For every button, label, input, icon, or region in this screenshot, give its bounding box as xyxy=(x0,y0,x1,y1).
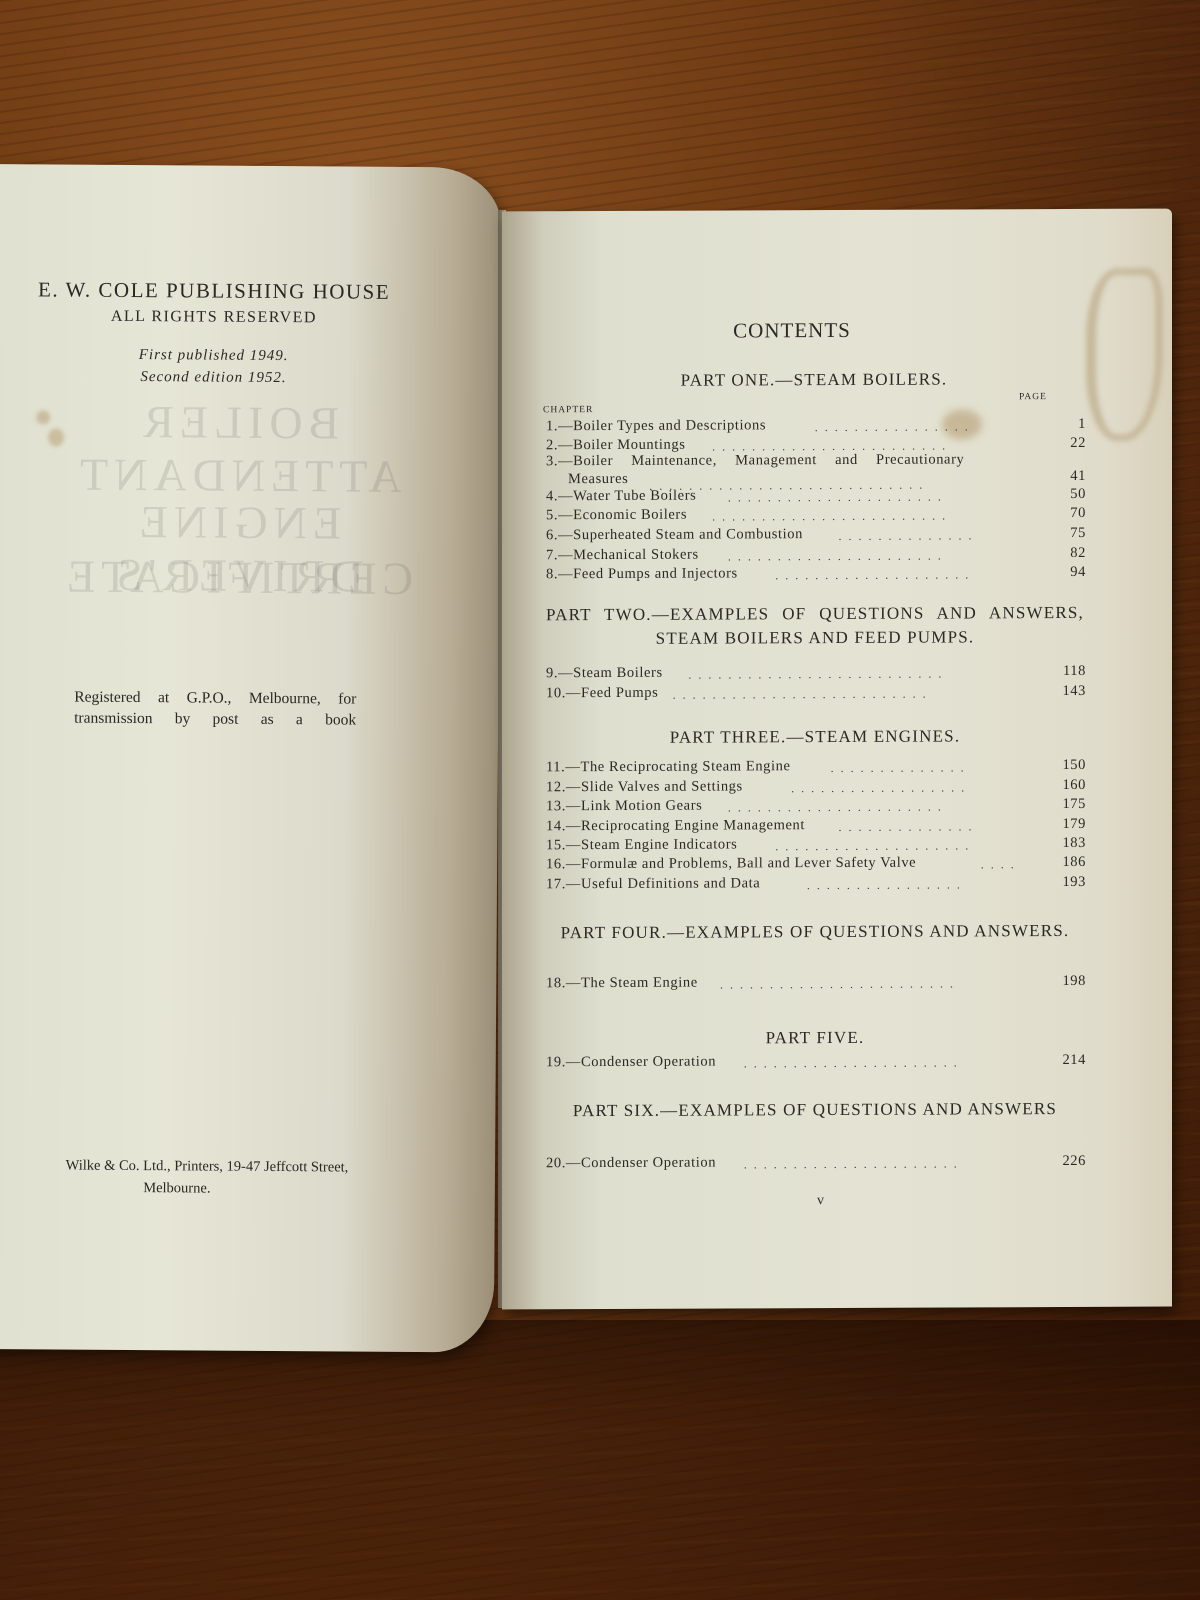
dot-leader: .......................... xyxy=(688,667,948,683)
chapter-title: 19.—Condenser Operation xyxy=(546,1054,716,1072)
toc-entry[interactable]: 8.—Feed Pumps and Injectors.............… xyxy=(546,564,1086,586)
chapter-title: 15.—Steam Engine Indicators xyxy=(546,836,737,854)
chapter-title: 7.—Mechanical Stokers xyxy=(546,547,699,565)
table-shadow xyxy=(0,1320,1200,1600)
part-heading: PART FIVE. xyxy=(546,1025,1084,1051)
page-number: 186 xyxy=(1062,854,1086,871)
chapter-title: 5.—Economic Boilers xyxy=(546,507,687,525)
toc-entry[interactable]: 11.—The Reciprocating Steam Engine......… xyxy=(546,757,1086,779)
contents-title: CONTENTS xyxy=(702,318,882,344)
chapter-title: 9.—Steam Boilers xyxy=(546,665,663,683)
chapter-title: 11.—The Reciprocating Steam Engine xyxy=(546,758,791,776)
dot-leader: ...................... xyxy=(728,800,948,816)
toc-entry[interactable]: 6.—Superheated Steam and Combustion.....… xyxy=(546,525,1086,547)
toc-entry[interactable]: 16.—Formulæ and Problems, Ball and Lever… xyxy=(546,854,1086,876)
toc-entry[interactable]: 5.—Economic Boilers.....................… xyxy=(546,505,1086,527)
toc-entry[interactable]: 9.—Steam Boilers........................… xyxy=(546,663,1086,685)
part-heading: PART FOUR.—EXAMPLES OF QUESTIONS AND ANS… xyxy=(546,919,1084,945)
table-of-contents: CONTENTS CHAPTER PAGE v PART ONE.—STEAM … xyxy=(502,209,1172,1310)
page-number: 75 xyxy=(1070,525,1086,542)
first-published-date: First published 1949. xyxy=(0,346,429,366)
chapter-title: 1.—Boiler Types and Descriptions xyxy=(546,417,766,435)
postal-registration-notice: Registered at G.P.O., Melbourne, for tra… xyxy=(74,687,356,731)
page-number: 160 xyxy=(1062,777,1086,794)
part-heading: PART TWO.—EXAMPLES OF QUESTIONS AND ANSW… xyxy=(546,601,1084,651)
dot-leader: .............. xyxy=(831,760,971,776)
toc-entry[interactable]: 10.—Feed Pumps..........................… xyxy=(546,683,1086,705)
second-edition-date: Second edition 1952. xyxy=(0,368,429,388)
dot-leader: ...................... xyxy=(744,1156,964,1172)
chapter-title: 10.—Feed Pumps xyxy=(546,685,658,702)
toc-entry[interactable]: 17.—Useful Definitions and Data.........… xyxy=(546,874,1086,896)
dot-leader: ........................ xyxy=(720,976,960,992)
page-number: 214 xyxy=(1062,1052,1086,1069)
page-number: 22 xyxy=(1070,435,1086,452)
chapter-title: 8.—Feed Pumps and Injectors xyxy=(546,565,738,583)
chapter-title: 14.—Reciprocating Engine Management xyxy=(546,817,805,835)
page-number: 50 xyxy=(1070,486,1086,503)
chapter-title: 4.—Water Tube Boilers xyxy=(546,488,696,506)
chapter-column-label: CHAPTER xyxy=(543,405,593,415)
part-heading: PART THREE.—STEAM ENGINES. xyxy=(546,724,1084,750)
page-number: 41 xyxy=(1070,468,1086,485)
page-number: 198 xyxy=(1062,973,1086,990)
publisher-name: E. W. COLE PUBLISHING HOUSE xyxy=(0,277,429,305)
page-number: 82 xyxy=(1070,545,1086,562)
dot-leader: .................... xyxy=(775,838,975,854)
page-number: 179 xyxy=(1062,816,1086,833)
page-number: 183 xyxy=(1062,835,1086,852)
page-number: 193 xyxy=(1062,874,1086,891)
page-number: 118 xyxy=(1063,663,1086,680)
bleed-through-text: BOILER ATTENDANT xyxy=(8,394,469,503)
left-page-imprint: BOILER ATTENDANT ENGINE DRIVER'S CERTIFI… xyxy=(0,164,502,1353)
part-heading: PART SIX.—EXAMPLES OF QUESTIONS AND ANSW… xyxy=(546,1097,1084,1123)
chapter-title: 16.—Formulæ and Problems, Ball and Lever… xyxy=(546,855,916,874)
page-number: 1 xyxy=(1078,416,1086,433)
right-page-contents: CONTENTS CHAPTER PAGE v PART ONE.—STEAM … xyxy=(502,209,1172,1310)
page-number: 143 xyxy=(1062,683,1086,700)
chapter-title: 12.—Slide Valves and Settings xyxy=(546,778,743,796)
printer-city: Melbourne. xyxy=(17,1176,397,1201)
dot-leader: ................ xyxy=(807,877,967,893)
dot-leader: .......................... xyxy=(673,687,933,703)
page-number: 226 xyxy=(1062,1153,1086,1170)
dot-leader: .... xyxy=(981,857,1021,872)
printer-address: Wilke & Co. Ltd., Printers, 19-47 Jeffco… xyxy=(66,1158,349,1176)
dot-leader: ...................... xyxy=(744,1055,964,1071)
toc-entry[interactable]: 20.—Condenser Operation.................… xyxy=(546,1153,1086,1175)
dot-leader: ........................ xyxy=(712,508,952,524)
toc-entry[interactable]: 19.—Condenser Operation.................… xyxy=(546,1052,1086,1074)
rights-notice: ALL RIGHTS RESERVED xyxy=(0,307,429,328)
toc-entry[interactable]: 18.—The Steam Engine....................… xyxy=(546,973,1086,995)
dot-leader: ...................... xyxy=(728,490,948,506)
page-number: 175 xyxy=(1062,796,1086,813)
bleed-through-text: CERTIFICATE xyxy=(7,549,467,605)
chapter-title: 6.—Superheated Steam and Combustion xyxy=(546,526,803,544)
dot-leader: .................... xyxy=(775,567,975,583)
dot-leader: .............. xyxy=(839,528,979,544)
dot-leader: ................ xyxy=(815,419,975,435)
page-column-label: PAGE xyxy=(1019,392,1047,402)
page-number: 150 xyxy=(1062,757,1086,774)
chapter-title: 13.—Link Motion Gears xyxy=(546,798,702,816)
page-folio: v xyxy=(817,1193,824,1209)
part-heading: PART ONE.—STEAM BOILERS. xyxy=(564,367,1064,393)
page-number: 94 xyxy=(1070,564,1086,581)
chapter-title: 17.—Useful Definitions and Data xyxy=(546,875,760,893)
chapter-title: 20.—Condenser Operation xyxy=(546,1155,716,1173)
dot-leader: .............. xyxy=(839,819,979,835)
dot-leader: .................. xyxy=(791,780,971,796)
chapter-title: 18.—The Steam Engine xyxy=(546,975,698,993)
printer-imprint: Wilke & Co. Ltd., Printers, 19-47 Jeffco… xyxy=(17,1154,397,1201)
page-number: 70 xyxy=(1070,505,1086,522)
dot-leader: ...................... xyxy=(728,549,948,565)
toc-entry[interactable]: 13.—Link Motion Gears...................… xyxy=(546,796,1086,818)
